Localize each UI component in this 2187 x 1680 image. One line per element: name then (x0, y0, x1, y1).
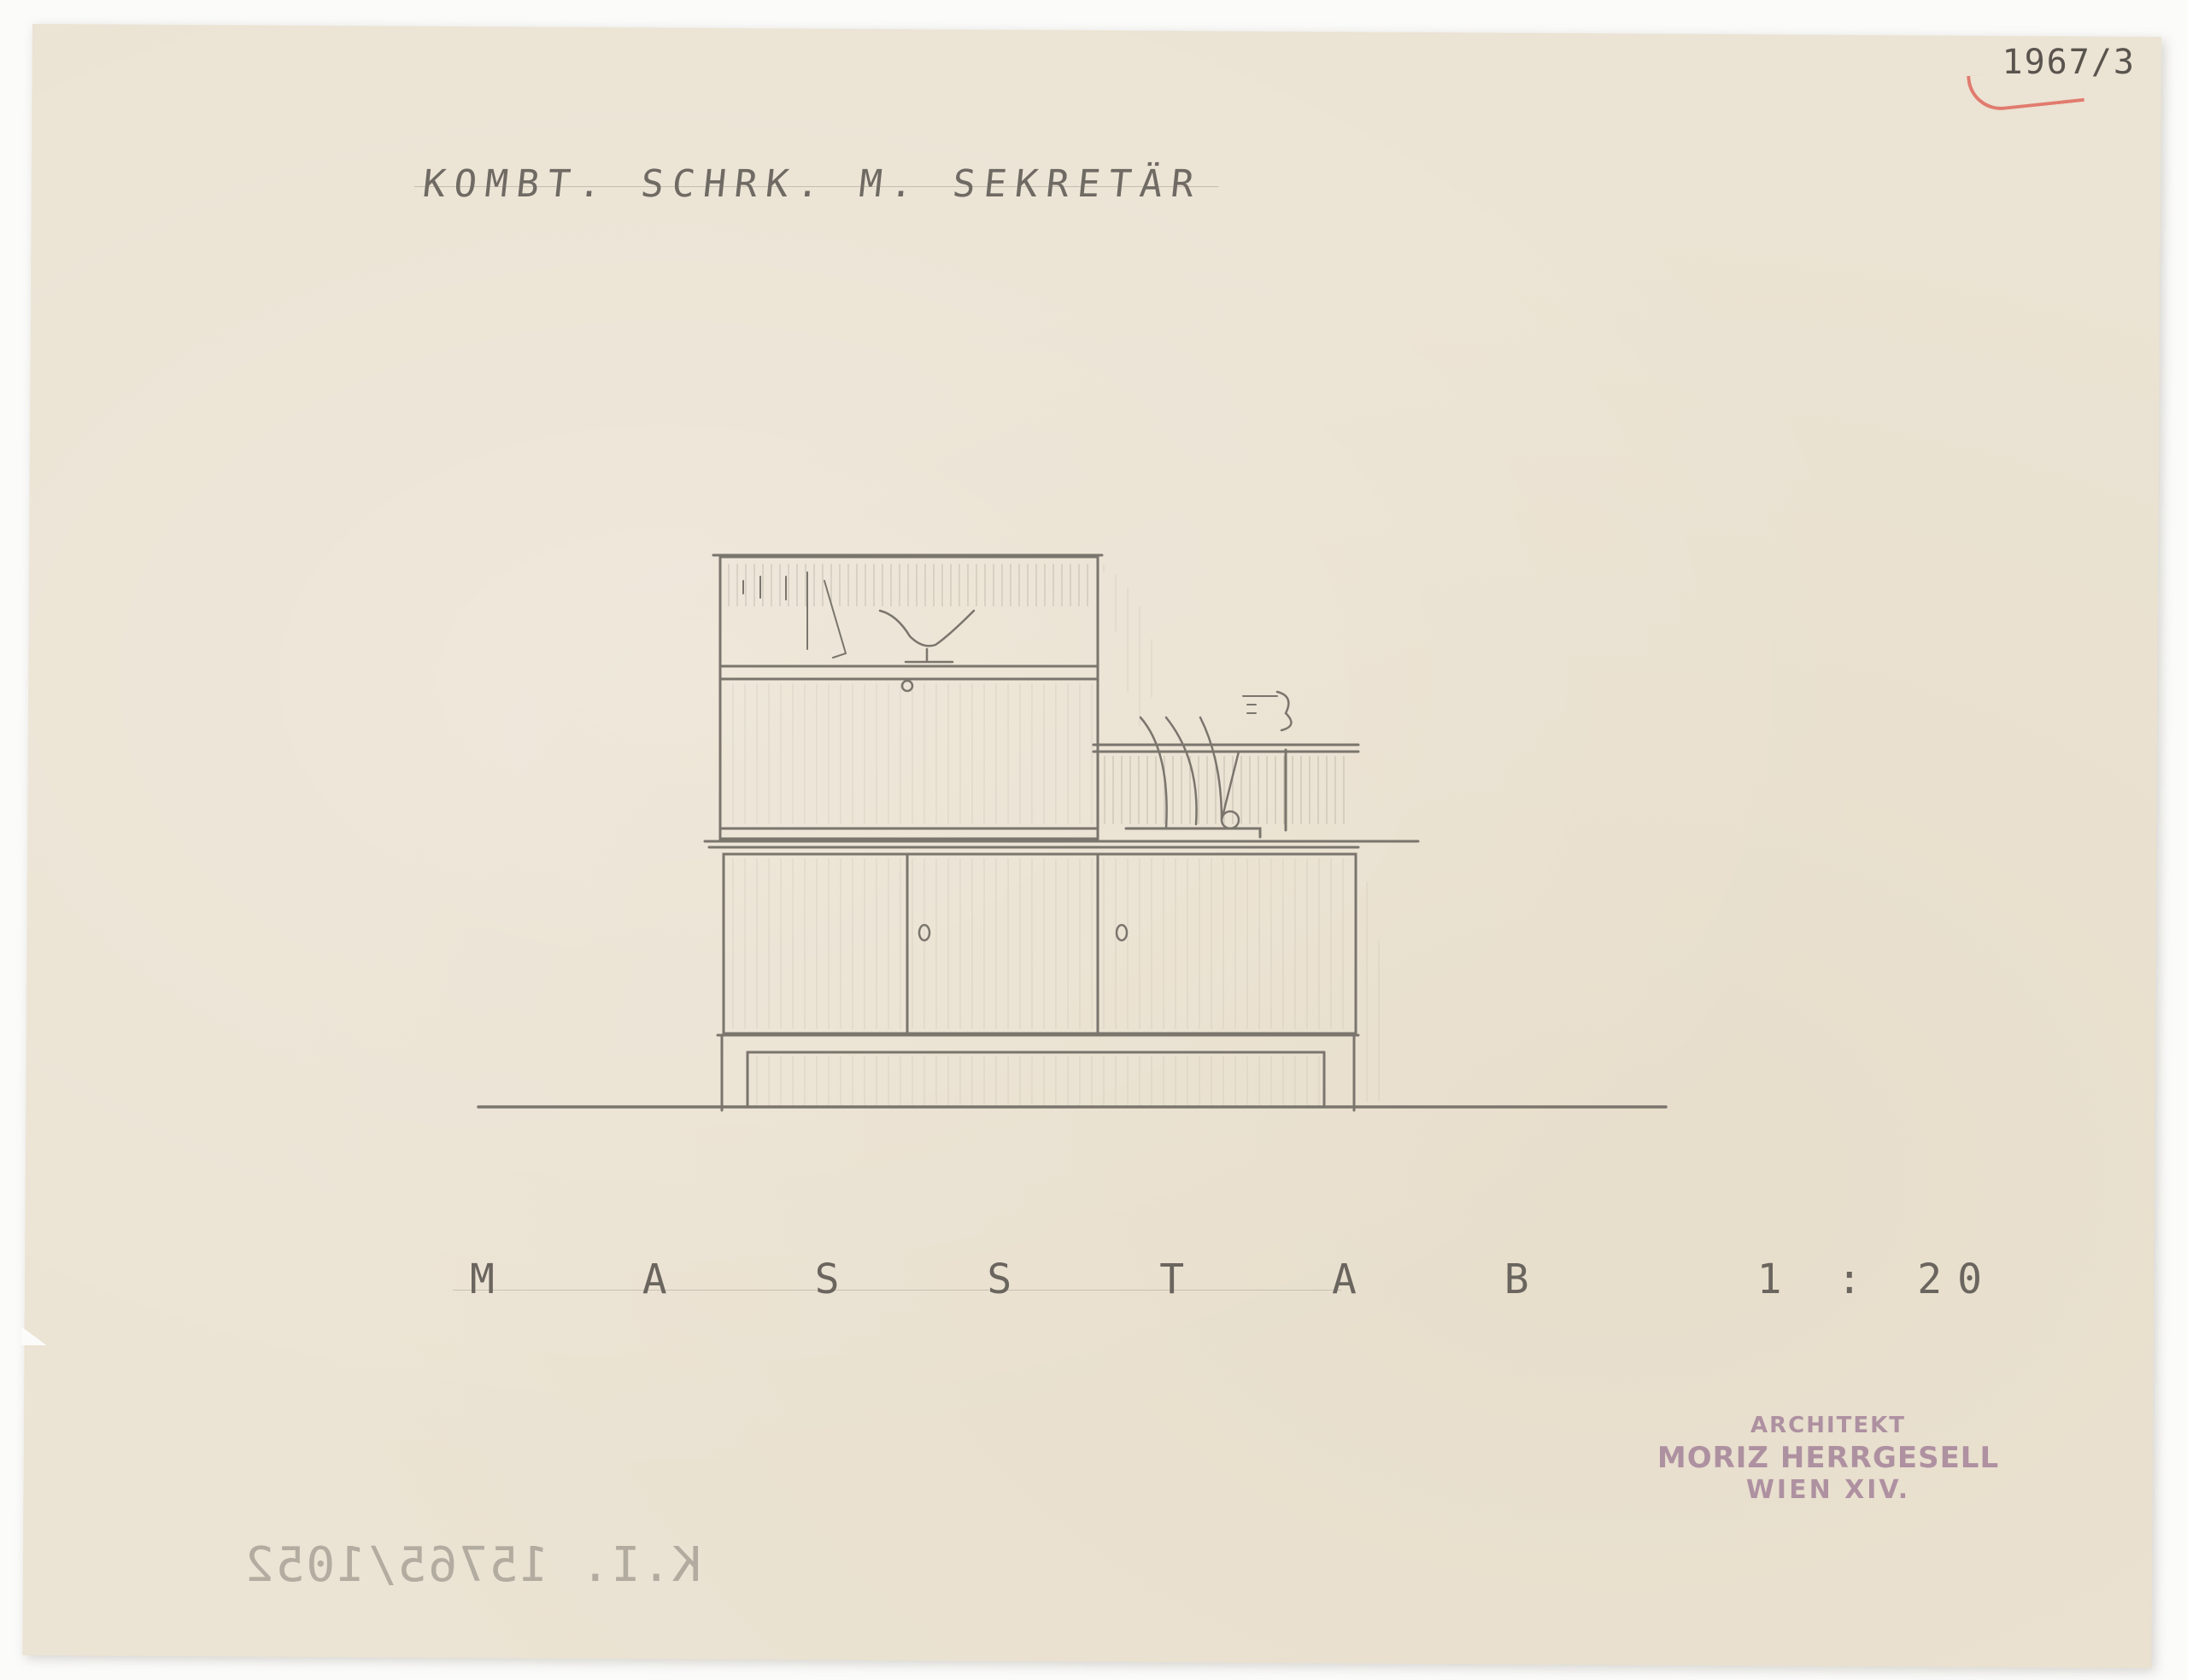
scale-annotation: M A S S T A B 1 : 20 (470, 1256, 1997, 1303)
mirrored-bleedthrough-annotation: K.I. 15765/1052 (243, 1537, 701, 1593)
stamp-line-2: MORIZ HERRGESELL (1640, 1442, 2016, 1474)
architect-stamp: ARCHITEKT MORIZ HERRGESELL WIEN XIV. (1640, 1409, 2016, 1507)
stamp-line-1: ARCHITEKT (1640, 1409, 2016, 1442)
stamp-line-3: WIEN XIV. (1640, 1474, 2016, 1507)
scale-ratio: 1 : 20 (1757, 1256, 1997, 1303)
shadow-upper (1102, 564, 1158, 735)
scale-label: M A S S T A B (470, 1256, 1591, 1303)
